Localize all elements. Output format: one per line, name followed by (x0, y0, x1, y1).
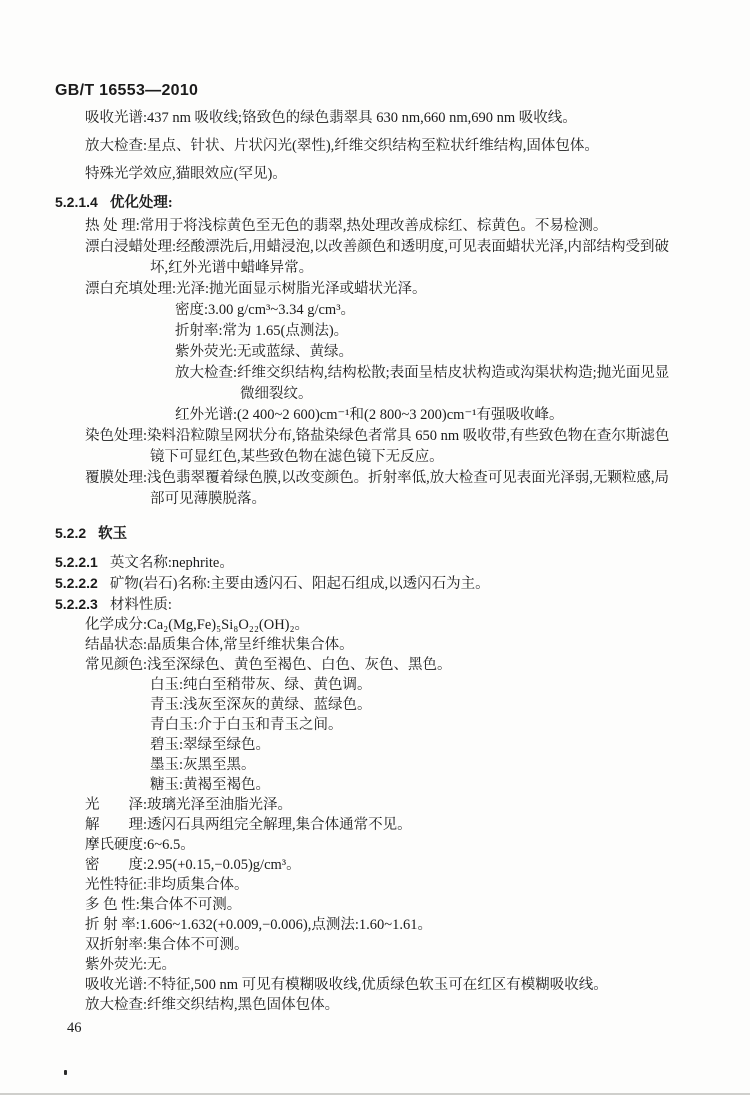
text-line: 放大检查:纤维交织结构,黑色固体包体。 (55, 995, 725, 1015)
text-line: 密度:3.00 g/cm³~3.34 g/cm³。 (55, 300, 725, 321)
clause-number: 5.2.2.3 (55, 596, 98, 612)
text-line: 密 度:2.95(+0.15,−0.05)g/cm³。 (55, 855, 725, 875)
document-page: GB/T 16553—2010 吸收光谱:437 nm 吸收线;铬致色的绿色翡翠… (0, 0, 750, 1095)
text-line: 放大检查:星点、针状、片状闪光(翠性),纤维交织结构至粒状纤维结构,固体包体。 (55, 132, 725, 160)
text-line: 糖玉:黄褐至褐色。 (55, 775, 725, 795)
standard-number-header: GB/T 16553—2010 (55, 82, 198, 100)
clause-line: 5.2.2.2矿物(岩石)名称:主要由透闪石、阳起石组成,以透闪石为主。 (55, 573, 725, 594)
text-line: 部可见薄膜脱落。 (55, 489, 725, 510)
text-line: 双折射率:集合体不可测。 (55, 935, 725, 955)
clause-text: 材料性质: (110, 597, 172, 613)
text-line: 镜下可显红色,某些致色物在滤色镜下无反应。 (55, 447, 725, 468)
page-number: 46 (67, 1020, 82, 1037)
clause-number: 5.2.2.2 (55, 575, 98, 591)
text-line: 热 处 理:常用于将浅棕黄色至无色的翡翠,热处理改善成棕红、棕黄色。不易检测。 (55, 216, 725, 237)
text-line: 光 泽:玻璃光泽至油脂光泽。 (55, 795, 725, 815)
text-line: 白玉:纯白至稍带灰、绿、黄色调。 (55, 675, 725, 695)
clause-line: 5.2.2.1英文名称:nephrite。 (55, 552, 725, 573)
text-line: 青白玉:介于白玉和青玉之间。 (55, 715, 725, 735)
text-line: 漂白浸蜡处理:经酸漂洗后,用蜡浸泡,以改善颜色和透明度,可见表面蜡状光泽,内部结… (55, 237, 725, 258)
text-line: 红外光谱:(2 400~2 600)cm⁻¹和(2 800~3 200)cm⁻¹… (55, 405, 725, 426)
text-line: 放大检查:纤维交织结构,结构松散;表面呈桔皮状构造或沟渠状构造;抛光面见显 (55, 363, 725, 384)
text-line: 常见颜色:浅至深绿色、黄色至褐色、白色、灰色、黑色。 (55, 655, 725, 675)
clause-line: 5.2.2.3材料性质: (55, 594, 725, 615)
clause-text: 矿物(岩石)名称:主要由透闪石、阳起石组成,以透闪石为主。 (110, 576, 490, 592)
clause-number: 5.2.2 (55, 525, 86, 541)
text-line: 微细裂纹。 (55, 384, 725, 405)
text-line: 墨玉:灰黑至黑。 (55, 755, 725, 775)
clause-heading: 5.2.1.4优化处理: (55, 188, 725, 216)
text-line: 坏,红外光谱中蜡峰异常。 (55, 258, 725, 279)
clause-title: 优化处理: (110, 195, 173, 211)
text-line: 覆膜处理:浅色翡翠覆着绿色膜,以改变颜色。折射率低,放大检查可见表面光泽弱,无颗… (55, 468, 725, 489)
scan-speck (64, 1070, 67, 1075)
text-line: 光性特征:非均质集合体。 (55, 875, 725, 895)
clause-title: 软玉 (98, 526, 127, 542)
text-line: 折 射 率:1.606~1.632(+0.009,−0.006),点测法:1.6… (55, 915, 725, 935)
text-line: 解 理:透闪石具两组完全解理,集合体通常不见。 (55, 815, 725, 835)
text-line: 吸收光谱:不特征,500 nm 可见有模糊吸收线,优质绿色软玉可在红区有模糊吸收… (55, 975, 725, 995)
text-line: 摩氏硬度:6~6.5。 (55, 835, 725, 855)
text-line: 染色处理:染料沿粒隙呈网状分布,铬盐染绿色者常具 650 nm 吸收带,有些致色… (55, 426, 725, 447)
text-line: 漂白充填处理:光泽:抛光面显示树脂光泽或蜡状光泽。 (55, 279, 725, 300)
text-line: 青玉:浅灰至深灰的黄绿、蓝绿色。 (55, 695, 725, 715)
clause-text: 英文名称:nephrite。 (110, 555, 234, 571)
text-line: 紫外荧光:无。 (55, 955, 725, 975)
text-line: 结晶状态:晶质集合体,常呈纤维状集合体。 (55, 635, 725, 655)
page-body: 吸收光谱:437 nm 吸收线;铬致色的绿色翡翠具 630 nm,660 nm,… (55, 104, 725, 1015)
clause-number: 5.2.2.1 (55, 554, 98, 570)
text-line: 化学成分:Ca₂(Mg,Fe)₅Si₈O₂₂(OH)₂。 (55, 615, 725, 635)
text-line: 折射率:常为 1.65(点测法)。 (55, 321, 725, 342)
text-line: 多 色 性:集合体不可测。 (55, 895, 725, 915)
text-line: 紫外荧光:无或蓝绿、黄绿。 (55, 342, 725, 363)
text-line: 特殊光学效应,猫眼效应(罕见)。 (55, 160, 725, 188)
text-line: 吸收光谱:437 nm 吸收线;铬致色的绿色翡翠具 630 nm,660 nm,… (55, 104, 725, 132)
clause-heading: 5.2.2软玉 (55, 520, 725, 546)
text-line: 碧玉:翠绿至绿色。 (55, 735, 725, 755)
clause-number: 5.2.1.4 (55, 194, 98, 210)
